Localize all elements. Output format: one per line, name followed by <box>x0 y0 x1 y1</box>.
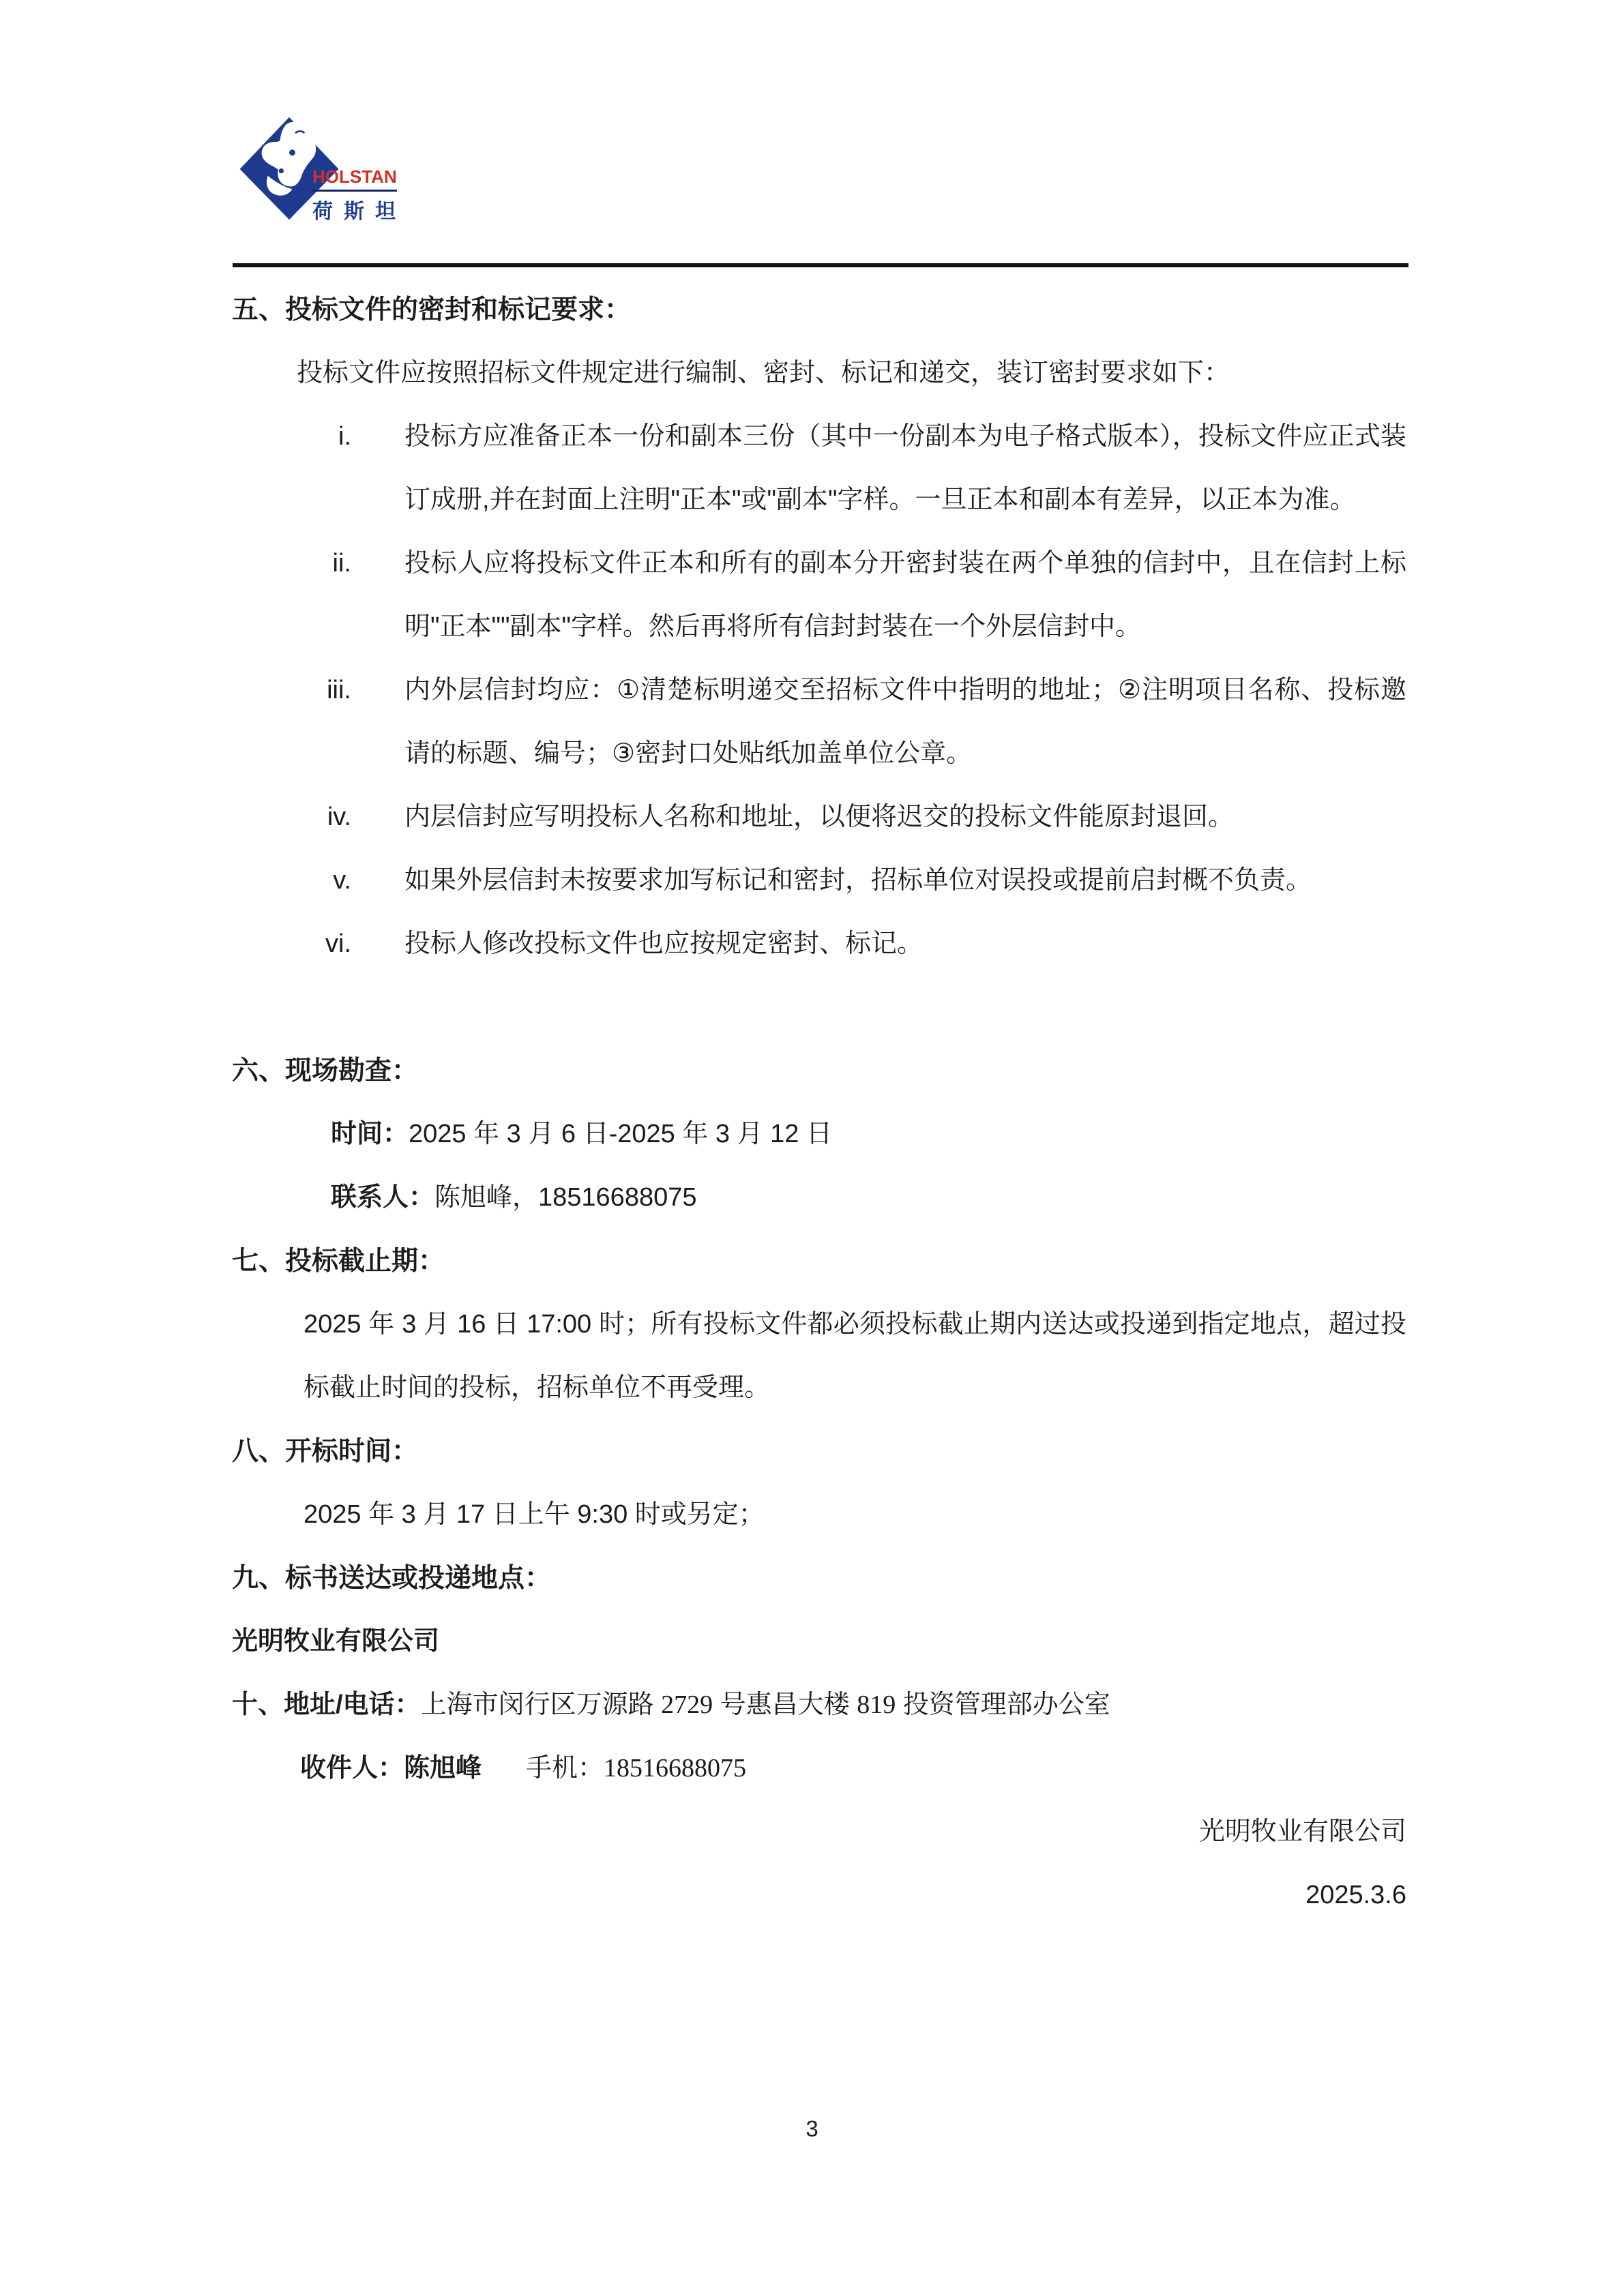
time-label: 时间： <box>331 1120 409 1148</box>
list-item: vi. 投标人修改投标文件也应按规定密封、标记。 <box>232 912 1406 976</box>
section5-heading: 五、投标文件的密封和标记要求： <box>232 278 1406 342</box>
address-number1: 2729 <box>661 1690 713 1719</box>
list-item-marker: i. <box>232 405 351 532</box>
delivery-company: 光明牧业有限公司 <box>232 1610 1406 1673</box>
section10-address-row: 十、地址/电话：上海市闵行区万源路 2729 号惠昌大楼 819 投资管理部办公… <box>232 1673 1406 1737</box>
address-part3: 投资管理部办公室 <box>896 1690 1110 1719</box>
section8-heading: 八、开标时间： <box>232 1420 1406 1483</box>
address-part2: 号惠昌大楼 <box>713 1690 857 1719</box>
list-item-marker: v. <box>232 849 351 912</box>
recipient-label: 收件人：陈旭峰 <box>300 1754 482 1783</box>
blank-line <box>232 976 1406 1039</box>
address-part1: 上海市闵行区万源路 <box>421 1690 662 1719</box>
company-logo: HOLSTAN 荷斯坦 <box>237 115 524 230</box>
list-item: v. 如果外层信封未按要求加写标记和密封，招标单位对误投或提前启封概不负责。 <box>232 849 1406 912</box>
section8-body: 2025 年 3 月 17 日上午 9:30 时或另定； <box>304 1483 1406 1547</box>
section6-heading: 六、现场勘查： <box>232 1039 1406 1103</box>
list-item: iii. 内外层信封均应：①清楚标明递交至招标文件中指明的地址；②注明项目名称、… <box>232 659 1406 786</box>
signature-date: 2025.3.6 <box>232 1864 1406 1927</box>
signature-company: 光明牧业有限公司 <box>232 1800 1406 1864</box>
list-item-marker: ii. <box>232 532 351 659</box>
phone-number: 18516688075 <box>604 1754 746 1783</box>
time-value: 2025 年 3 月 6 日-2025 年 3 月 12 日 <box>409 1120 832 1148</box>
list-item: ii. 投标人应将投标文件正本和所有的副本分开密封装在两个单独的信封中，且在信封… <box>232 532 1406 659</box>
recipient-row: 收件人：陈旭峰手机：18516688075 <box>300 1737 1406 1800</box>
address-label: 十、地址/电话： <box>232 1690 421 1719</box>
list-item-text: 如果外层信封未按要求加写标记和密封，招标单位对误投或提前启封概不负责。 <box>404 849 1406 912</box>
section5-intro: 投标文件应按照招标文件规定进行编制、密封、标记和递交，装订密封要求如下： <box>297 342 1406 405</box>
list-item-text: 内层信封应写明投标人名称和地址，以便将迟交的投标文件能原封退回。 <box>404 786 1406 849</box>
site-visit-contact-row: 联系人：陈旭峰，18516688075 <box>331 1166 1406 1229</box>
section7-heading: 七、投标截止期： <box>232 1229 1406 1293</box>
list-item-marker: iii. <box>232 659 351 786</box>
list-item-marker: vi. <box>232 912 351 976</box>
list-item-text: 内外层信封均应：①清楚标明递交至招标文件中指明的地址；②注明项目名称、投标邀请的… <box>404 659 1406 786</box>
page-number: 3 <box>0 2115 1624 2143</box>
section9-heading: 九、标书送达或投递地点： <box>232 1547 1406 1610</box>
list-item: i. 投标方应准备正本一份和副本三份（其中一份副本为电子格式版本），投标文件应正… <box>232 405 1406 532</box>
phone-label: 手机： <box>526 1754 604 1783</box>
list-item-text: 投标人修改投标文件也应按规定密封、标记。 <box>404 912 1406 976</box>
brand-name-en: HOLSTAN <box>312 166 397 192</box>
contact-label: 联系人： <box>331 1183 434 1212</box>
document-body: 五、投标文件的密封和标记要求： 投标文件应按照招标文件规定进行编制、密封、标记和… <box>232 278 1406 1927</box>
list-item-text: 投标方应准备正本一份和副本三份（其中一份副本为电子格式版本），投标文件应正式装订… <box>404 405 1406 532</box>
header-divider <box>233 263 1408 267</box>
list-item-text: 投标人应将投标文件正本和所有的副本分开密封装在两个单独的信封中，且在信封上标明"… <box>404 532 1406 659</box>
address-number2: 819 <box>857 1690 896 1719</box>
document-page: HOLSTAN 荷斯坦 五、投标文件的密封和标记要求： 投标文件应按照招标文件规… <box>0 0 1624 2296</box>
section7-body: 2025 年 3 月 16 日 17:00 时；所有投标文件都必须投标截止期内送… <box>304 1293 1406 1420</box>
list-item: iv. 内层信封应写明投标人名称和地址，以便将迟交的投标文件能原封退回。 <box>232 786 1406 849</box>
contact-value: 陈旭峰，18516688075 <box>434 1183 696 1212</box>
brand-text: HOLSTAN 荷斯坦 <box>312 166 462 224</box>
site-visit-time-row: 时间：2025 年 3 月 6 日-2025 年 3 月 12 日 <box>331 1103 1406 1166</box>
list-item-marker: iv. <box>232 786 351 849</box>
brand-name-cn: 荷斯坦 <box>312 194 462 224</box>
